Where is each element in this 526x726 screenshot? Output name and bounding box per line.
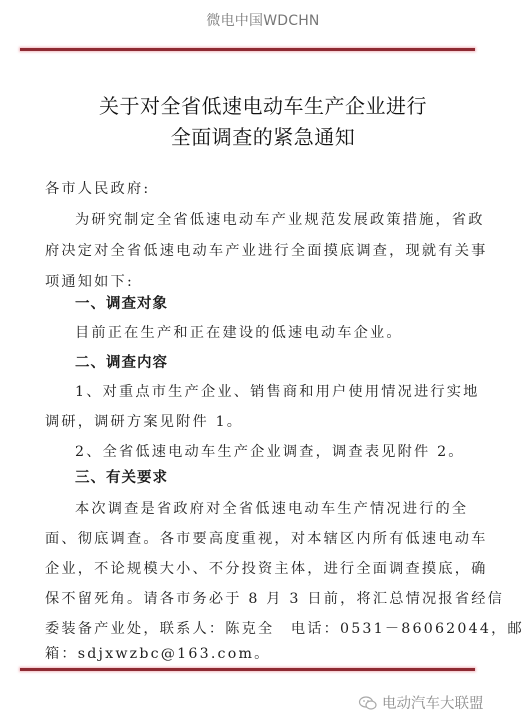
section-3-line: 保不留死角。请各市务必于 8 月 3 日前，将汇总情况报省经信: [45, 588, 504, 608]
section-2-item-1: 1、对重点市生产企业、销售商和用户使用情况进行实地: [75, 381, 480, 401]
section-3-line: 企业，不论规模大小、不分投资主体，进行全面调查摸底，确: [45, 558, 487, 578]
bottom-divider: [20, 668, 475, 671]
section-3-line: 本次调查是省政府对全省低速电动车生产情况进行的全: [75, 498, 468, 518]
section-heading-3: 三、有关要求: [75, 466, 168, 487]
section-heading-1: 一、调查对象: [75, 292, 168, 313]
section-2-item-1-cont: 调研，调研方案见附件 1。: [45, 411, 243, 431]
section-1-text: 目前正在生产和正在建设的低速电动车企业。: [75, 322, 403, 342]
wechat-icon: [358, 695, 378, 711]
watermark: 电动汽车大联盟: [358, 692, 484, 713]
intro-line: 项通知如下:: [45, 271, 134, 291]
source-header: 微电中国WDCHN: [0, 10, 526, 30]
intro-line: 府决定对全省低速电动车产业进行全面摸底调查，现就有关事: [45, 240, 487, 260]
section-3-line: 面、彻底调查。各市要高度重视，对本辖区内所有低速电动车: [45, 528, 487, 548]
document-title-line-2: 全面调查的紧急通知: [0, 121, 526, 150]
document-title-line-1: 关于对全省低速电动车生产企业进行: [0, 90, 526, 119]
section-3-line: 委装备产业处，联系人：陈克全 电话：0531－86062044，邮: [45, 618, 524, 638]
salutation: 各市人民政府:: [45, 178, 150, 198]
section-2-item-2: 2、全省低速电动车生产企业调查，调查表见附件 2。: [75, 441, 465, 461]
section-heading-2: 二、调查内容: [75, 351, 168, 372]
section-3-line: 箱：sdjxwzbc@163.com。: [45, 643, 271, 663]
top-divider: [20, 48, 475, 51]
intro-line: 为研究制定全省低速电动车产业规范发展政策措施，省政: [75, 209, 485, 229]
watermark-label: 电动汽车大联盟: [382, 692, 484, 713]
